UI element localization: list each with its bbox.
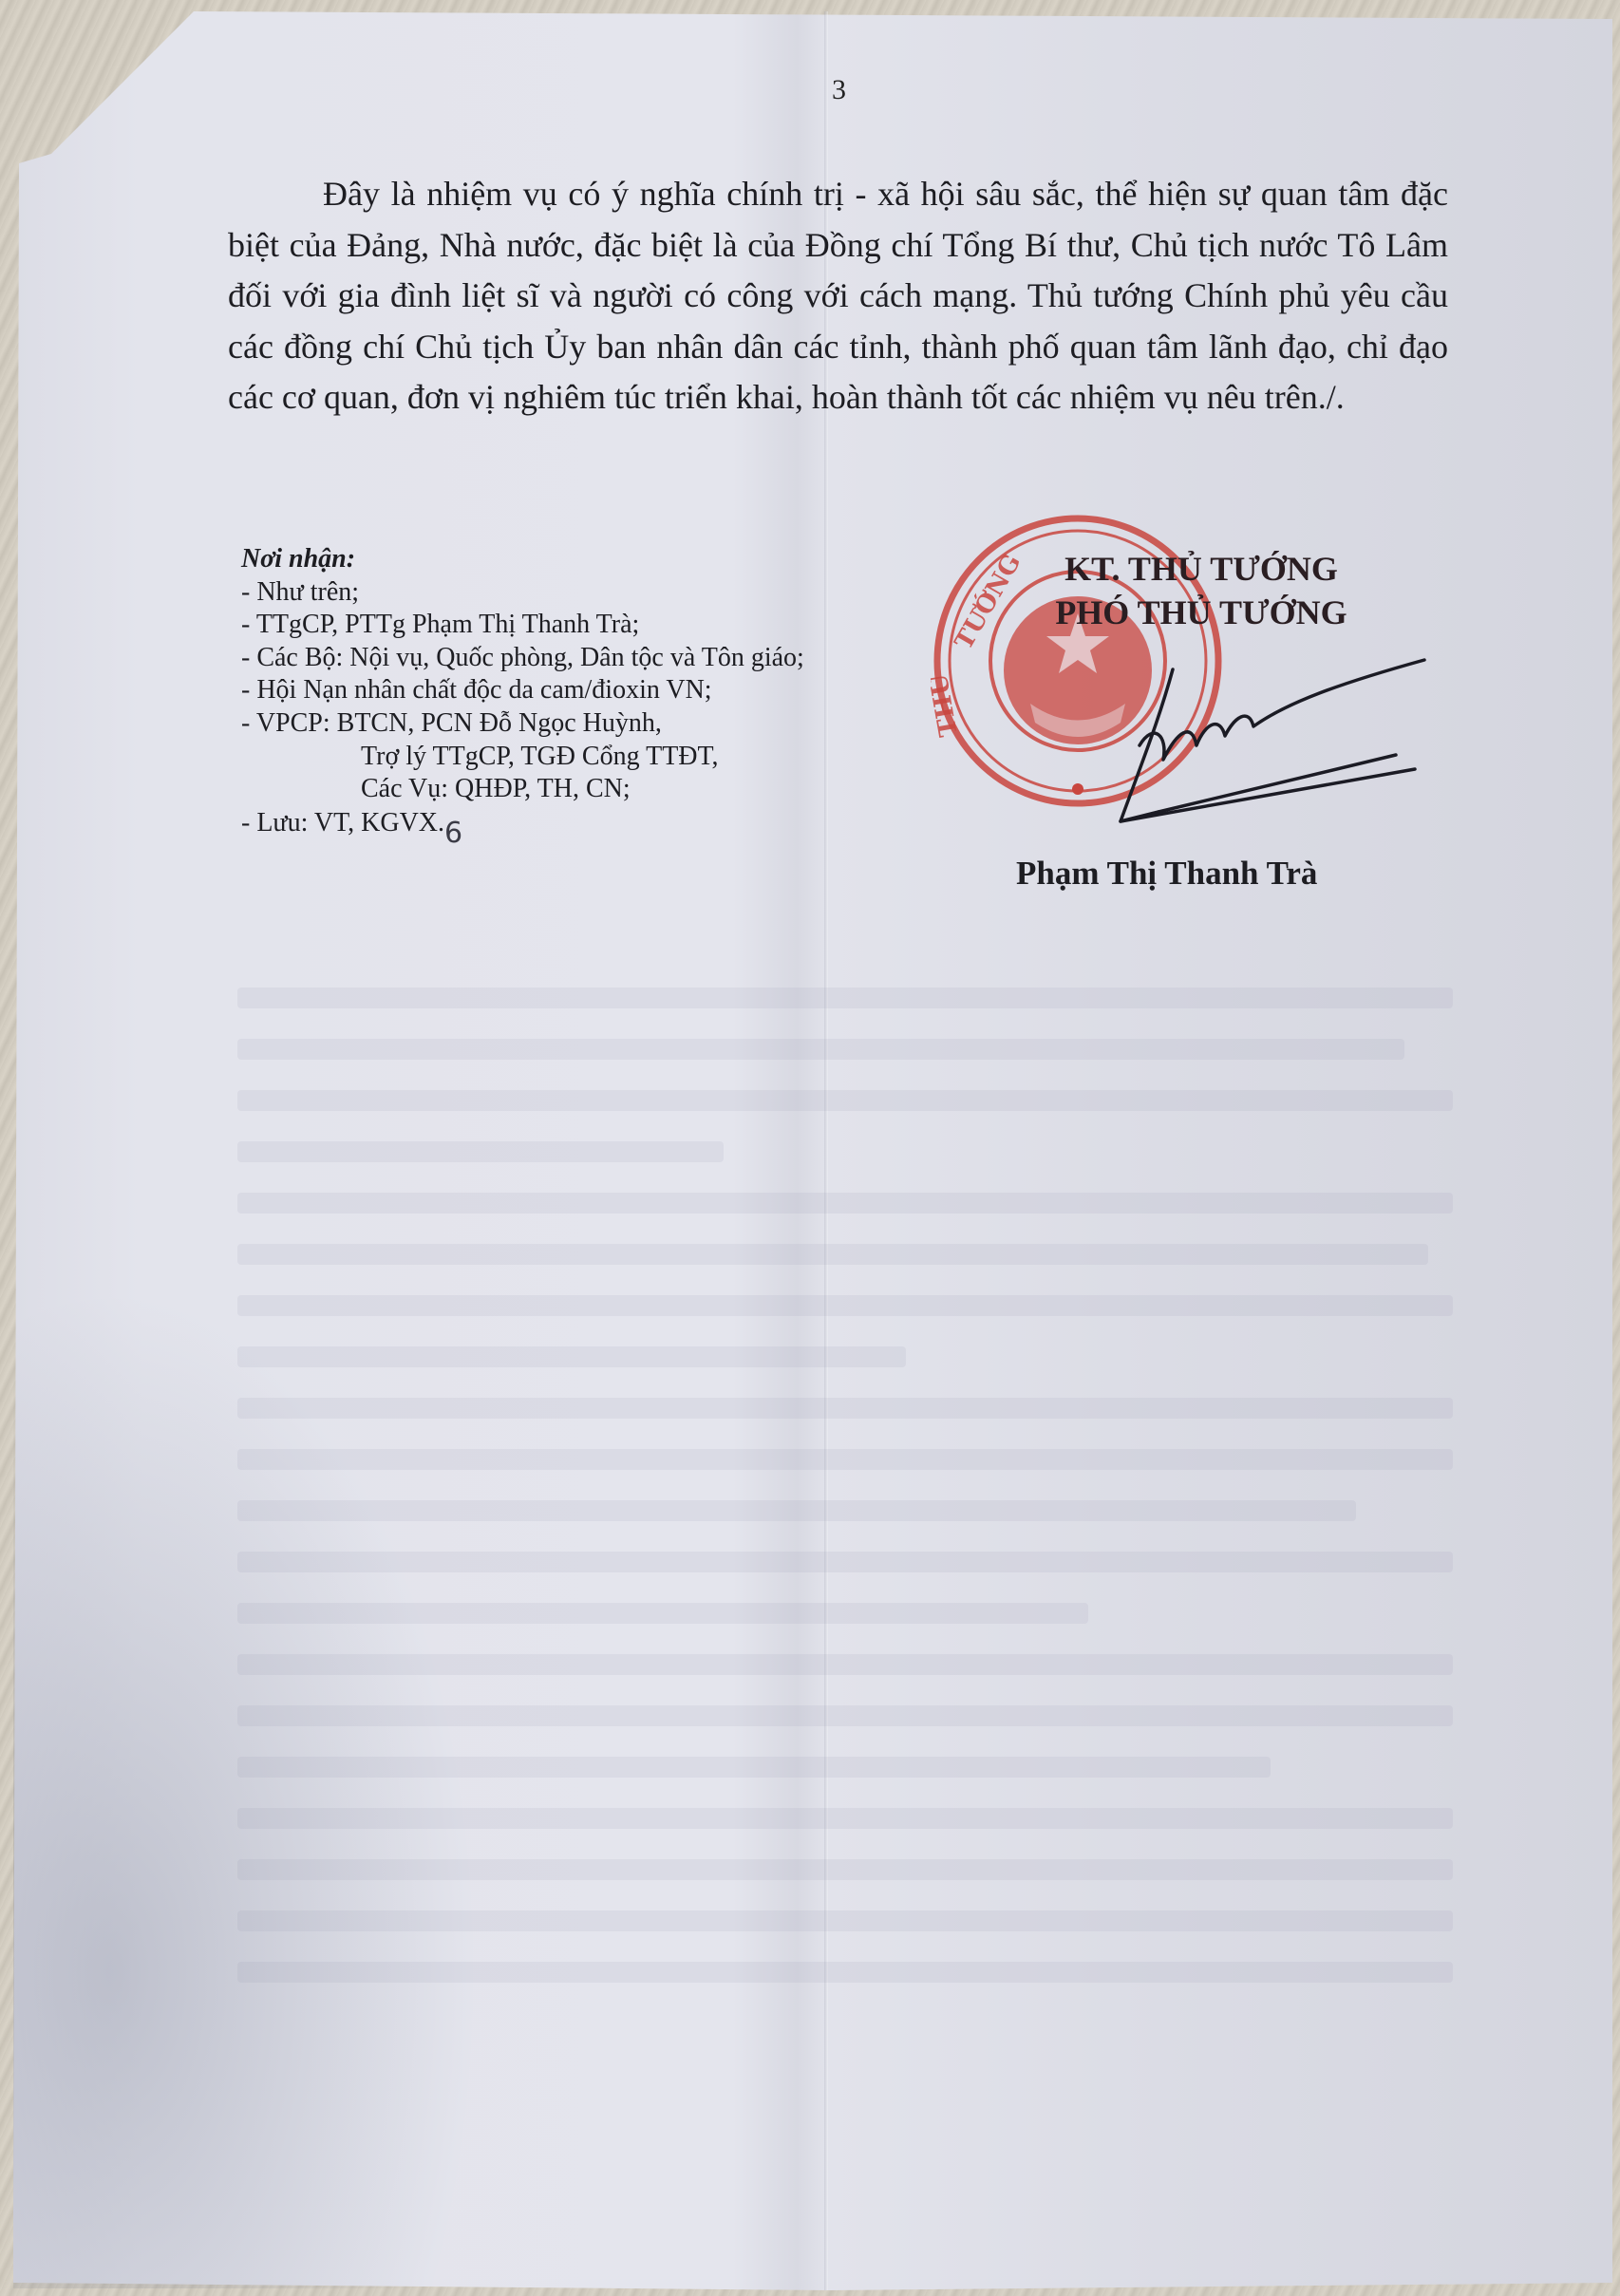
recipient-item: - VPCP: BTCN, PCN Đỗ Ngọc Huỳnh, [241, 707, 804, 741]
page-number: 3 [832, 74, 846, 106]
signature-title: KT. THỦ TƯỚNG PHÓ THỦ TƯỚNG [1011, 547, 1391, 634]
recipient-item: - Lưu: VT, KGVX. [241, 808, 444, 837]
recipient-item-archive: - Lưu: VT, KGVX.6 [241, 806, 804, 840]
handwritten-count: 6 [444, 817, 462, 850]
handwritten-signature-icon [1083, 655, 1462, 845]
recipients-block: Nơi nhận: - Như trên; - TTgCP, PTTg Phạm… [241, 543, 804, 839]
recipient-item: - TTgCP, PTTg Phạm Thị Thanh Trà; [241, 609, 804, 642]
signer-name: Phạm Thị Thanh Trà [1016, 855, 1317, 893]
signature-title-line2: PHÓ THỦ TƯỚNG [1011, 591, 1391, 634]
reverse-side-showthrough [237, 988, 1453, 2127]
signature-block: TƯỚNG THỦ KT. THỦ TƯỚNG PHÓ THỦ TƯỚNG Ph… [921, 494, 1491, 931]
recipient-item: Trợ lý TTgCP, TGĐ Cổng TTĐT, [241, 741, 804, 774]
recipients-title: Nơi nhận: [241, 543, 804, 576]
recipient-item: - Như trên; [241, 576, 804, 610]
signature-title-line1: KT. THỦ TƯỚNG [1011, 547, 1391, 591]
recipient-item: - Các Bộ: Nội vụ, Quốc phòng, Dân tộc và… [241, 642, 804, 675]
closing-paragraph: Đây là nhiệm vụ có ý nghĩa chính trị - x… [228, 169, 1448, 423]
recipient-item: Các Vụ: QHĐP, TH, CN; [241, 773, 804, 806]
recipient-item: - Hội Nạn nhân chất độc da cam/đioxin VN… [241, 674, 804, 707]
